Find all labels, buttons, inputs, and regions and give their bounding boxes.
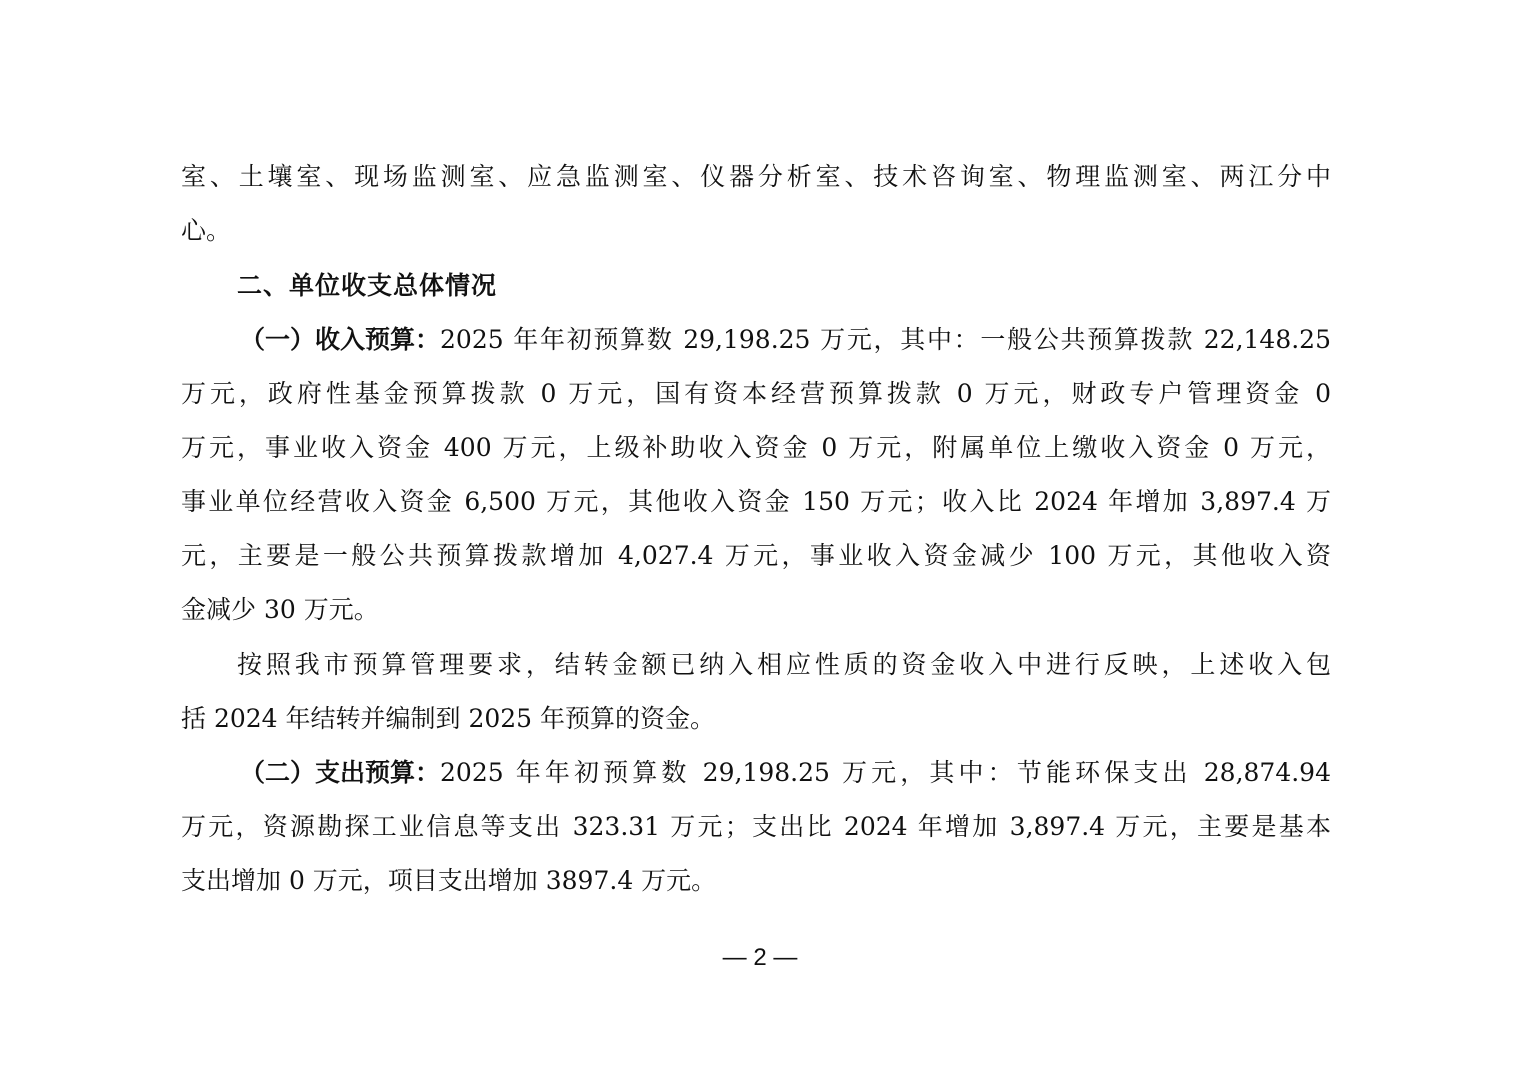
expenditure-line-1: 2025 年年初预算数 29,198.25 万元，其中：节能环保支出 28,87… <box>440 753 1331 793</box>
page-number: — 2 — <box>0 940 1520 976</box>
carryover-line-1: 按照我市预算管理要求，结转金额已纳入相应性质的资金收入中进行反映，上述收入包 <box>237 645 1331 685</box>
income-line-6: 金减少 30 万元。 <box>181 590 1331 630</box>
income-label: （一）收入预算： <box>240 320 440 360</box>
income-line-3: 万元，事业收入资金 400 万元，上级补助收入资金 0 万元，附属单位上缴收入资… <box>181 428 1331 468</box>
intro-line-2: 心。 <box>181 211 1331 251</box>
carryover-line-2: 括 2024 年结转并编制到 2025 年预算的资金。 <box>181 699 1331 739</box>
expenditure-first-line: （二）支出预算： 2025 年年初预算数 29,198.25 万元，其中：节能环… <box>240 753 1331 793</box>
expenditure-line-2: 万元，资源勘探工业信息等支出 323.31 万元；支出比 2024 年增加 3,… <box>181 807 1331 847</box>
income-line-2: 万元，政府性基金预算拨款 0 万元，国有资本经营预算拨款 0 万元，财政专户管理… <box>181 374 1331 414</box>
expenditure-label: （二）支出预算： <box>240 753 440 793</box>
intro-line-1: 室、土壤室、现场监测室、应急监测室、仪器分析室、技术咨询室、物理监测室、两江分中 <box>181 157 1331 197</box>
income-line-4: 事业单位经营收入资金 6,500 万元，其他收入资金 150 万元；收入比 20… <box>181 482 1331 522</box>
income-line-1: 2025 年年初预算数 29,198.25 万元，其中：一般公共预算拨款 22,… <box>440 320 1331 360</box>
section-heading: 二、单位收支总体情况 <box>237 266 497 306</box>
income-first-line: （一）收入预算： 2025 年年初预算数 29,198.25 万元，其中：一般公… <box>240 320 1331 360</box>
expenditure-line-3: 支出增加 0 万元，项目支出增加 3897.4 万元。 <box>181 861 1331 901</box>
income-line-5: 元，主要是一般公共预算拨款增加 4,027.4 万元，事业收入资金减少 100 … <box>181 536 1331 576</box>
document-page: 室、土壤室、现场监测室、应急监测室、仪器分析室、技术咨询室、物理监测室、两江分中… <box>0 0 1520 1074</box>
